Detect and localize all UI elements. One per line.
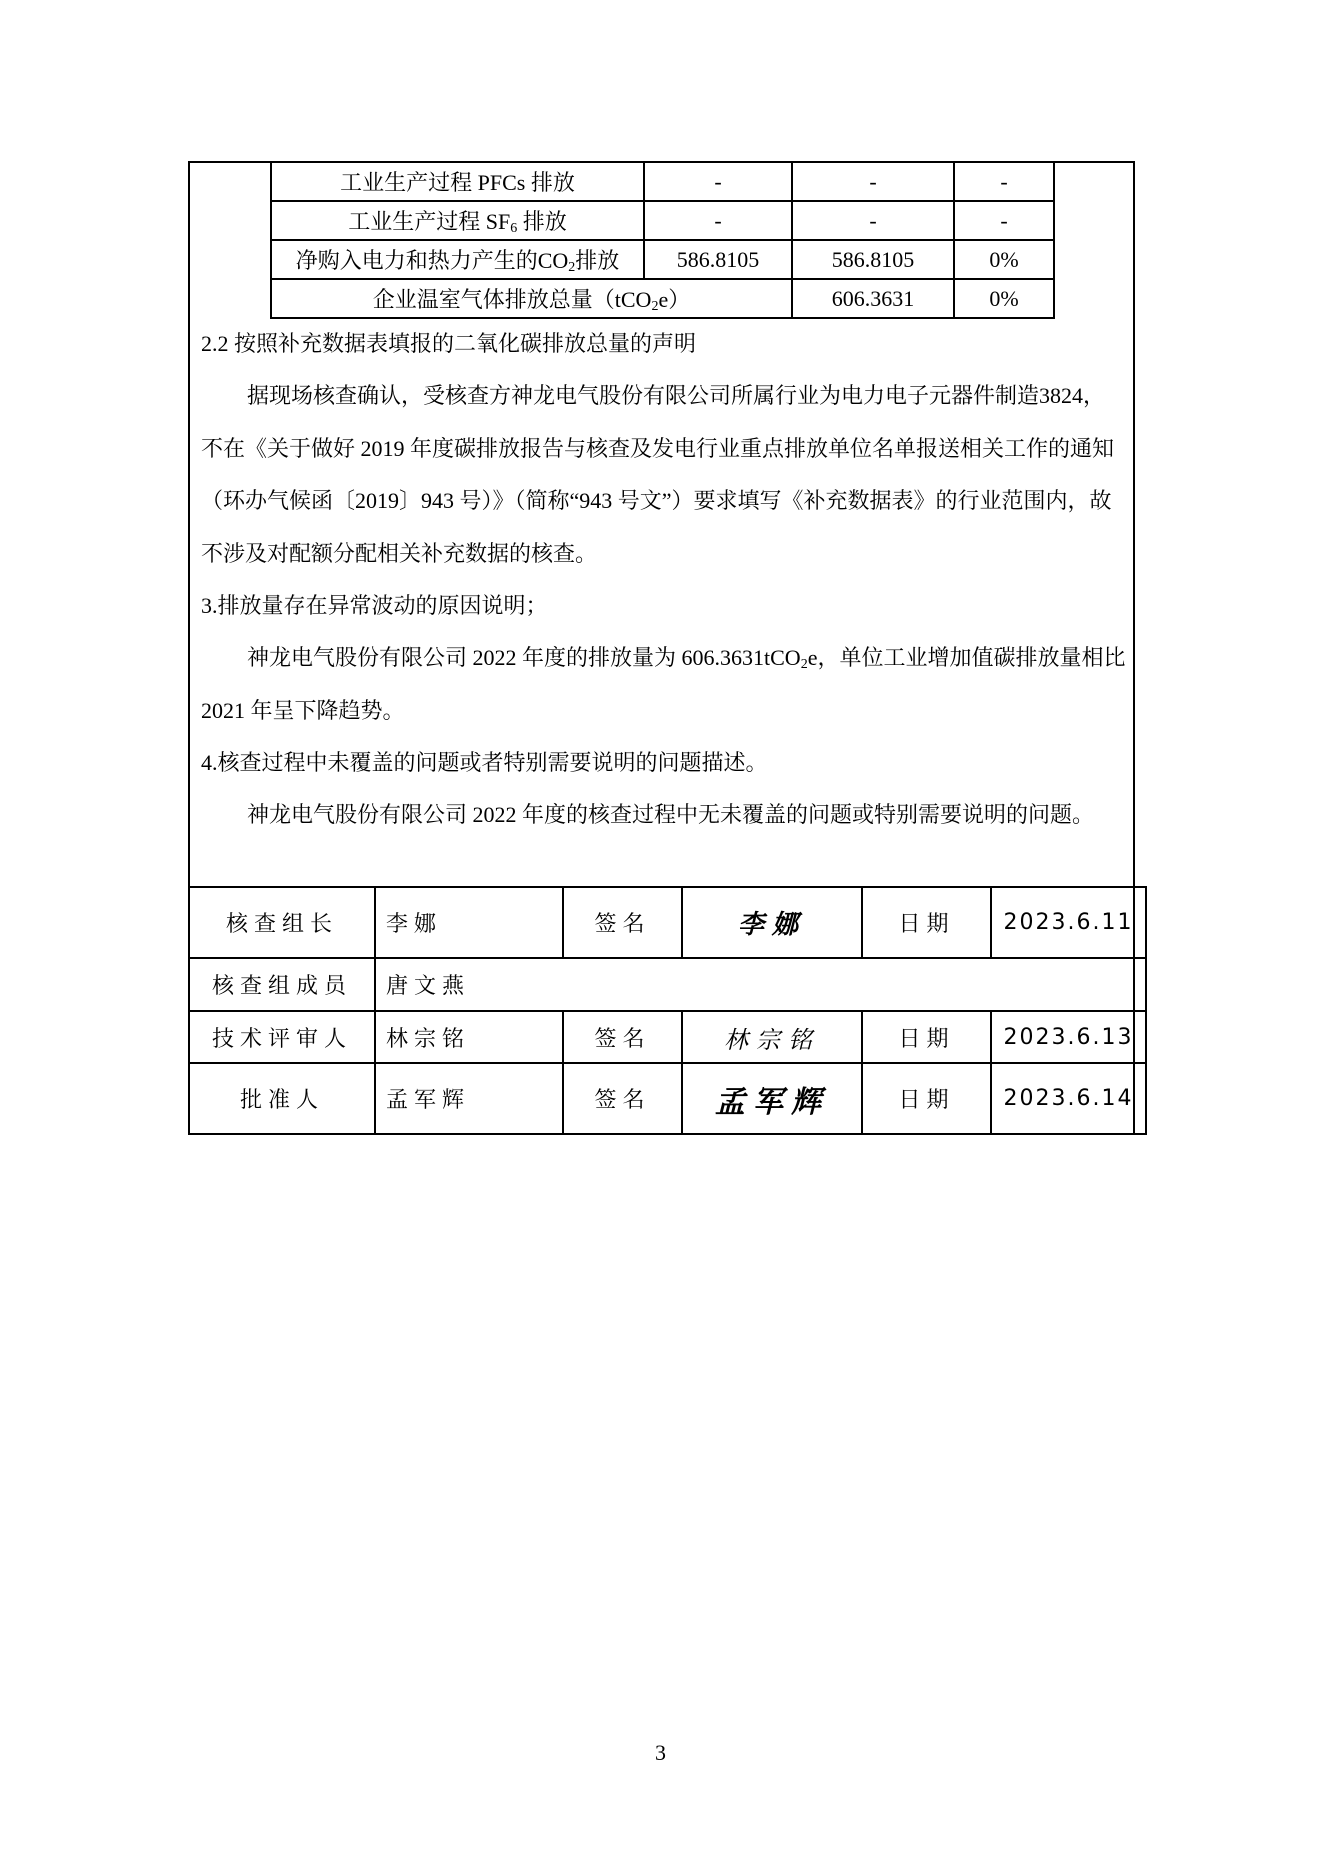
person-name: 林宗铭 [375,1011,563,1063]
total-value: 606.3631 [792,279,954,318]
role-label: 批准人 [189,1063,375,1134]
row-label: 工业生产过程 SF6 排放 [271,201,644,240]
row-label-text: 排放 [517,209,567,234]
row-label: 工业生产过程 PFCs 排放 [271,162,644,201]
signature-row: 批准人 孟军辉 签名 孟军辉 日期 2023.6.14 [189,1063,1146,1134]
role-label: 技术评审人 [189,1011,375,1063]
signature-image: 林宗铭 [682,1011,862,1063]
sign-label: 签名 [563,1011,682,1063]
total-label-text: e） [658,287,690,312]
signature-image: 孟军辉 [682,1063,862,1134]
role-label: 核查组成员 [189,958,375,1011]
section-2-2-body: 据现场核查确认，受核查方神龙电气股份有限公司所属行业为电力电子元器件制造3824… [201,370,1126,580]
table-row: 工业生产过程 PFCs 排放 - - - [271,162,1054,201]
total-label-text: 企业温室气体排放总量（tCO [373,287,652,312]
date-label: 日期 [862,887,991,958]
row-label: 净购入电力和热力产生的CO2排放 [271,240,644,279]
person-name: 孟军辉 [375,1063,563,1134]
section-3-title: 3.排放量存在异常波动的原因说明； [201,580,1126,633]
handwritten-signature: 林宗铭 [724,1026,820,1054]
signature-row: 核查组长 李娜 签名 李娜 日期 2023.6.11 [189,887,1146,958]
handwritten-signature: 李娜 [738,910,806,940]
person-name: 李娜 [375,887,563,958]
section-3-text: 神龙电气股份有限公司 2022 年度的排放量为 606.3631tCO [247,645,801,670]
date-value: 2023.6.14 [991,1063,1146,1134]
row-label-text: 排放 [575,248,619,273]
section-4-title: 4.核查过程中未覆盖的问题或者特别需要说明的问题描述。 [201,737,1126,790]
signature-row: 技术评审人 林宗铭 签名 林宗铭 日期 2023.6.13 [189,1011,1146,1063]
sign-label: 签名 [563,887,682,958]
handwritten-signature: 孟军辉 [715,1085,829,1120]
section-2-2-title: 2.2 按照补充数据表填报的二氧化碳排放总量的声明 [201,318,1126,371]
signature-image: 李娜 [682,887,862,958]
row-label-text: 工业生产过程 SF [348,209,510,234]
date-value: 2023.6.11 [991,887,1146,958]
cell-verified: - [792,162,954,201]
cell-reported: - [644,162,792,201]
row-label-text: 净购入电力和热力产生的CO [296,248,569,273]
signature-table: 核查组长 李娜 签名 李娜 日期 2023.6.11 核查组成员 唐文燕 技术评… [188,886,1147,1135]
subscript: 2 [801,657,808,672]
emission-table: 工业生产过程 PFCs 排放 - - - 工业生产过程 SF6 排放 - - -… [270,161,1055,319]
cell-verified: 586.8105 [792,240,954,279]
table-row: 净购入电力和热力产生的CO2排放 586.8105 586.8105 0% [271,240,1054,279]
section-4-body: 神龙电气股份有限公司 2022 年度的核查过程中无未覆盖的问题或特别需要说明的问… [201,789,1126,842]
table-row: 工业生产过程 SF6 排放 - - - [271,201,1054,240]
section-3-body: 神龙电气股份有限公司 2022 年度的排放量为 606.3631tCO2e，单位… [201,632,1126,737]
total-change: 0% [954,279,1054,318]
sign-label: 签名 [563,1063,682,1134]
date-label: 日期 [862,1011,991,1063]
signature-row: 核查组成员 唐文燕 [189,958,1146,1011]
cell-deviation: - [954,201,1054,240]
page-number: 3 [655,1740,666,1766]
role-label: 核查组长 [189,887,375,958]
date-label: 日期 [862,1063,991,1134]
table-row-total: 企业温室气体排放总量（tCO2e） 606.3631 0% [271,279,1054,318]
cell-verified: - [792,201,954,240]
cell-deviation: 0% [954,240,1054,279]
cell-reported: 586.8105 [644,240,792,279]
total-label: 企业温室气体排放总量（tCO2e） [271,279,792,318]
cell-deviation: - [954,162,1054,201]
row-label-text: 工业生产过程 PFCs 排放 [340,170,575,195]
cell-reported: - [644,201,792,240]
person-name: 唐文燕 [375,958,1146,1011]
date-value: 2023.6.13 [991,1011,1146,1063]
